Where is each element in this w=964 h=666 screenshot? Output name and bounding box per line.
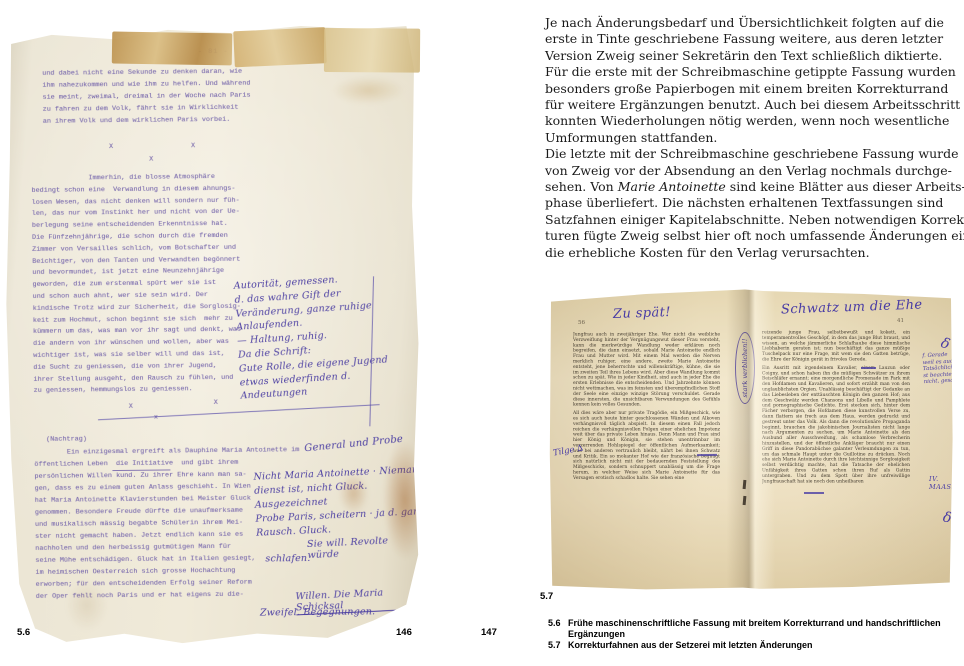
galley-right-column: reizende junge Frau, selbstbewußt und ko…	[762, 330, 910, 552]
caption-text: Korrekturfahnen aus der Setzerei mit let…	[568, 640, 813, 651]
section-mark: X	[109, 141, 113, 153]
tape-strip	[112, 31, 232, 65]
margin-note-right: f. Gerade weil es auch Tatsächlich- st b…	[922, 351, 964, 386]
body-text-italic-title: Marie Antoinette	[618, 179, 726, 194]
handwritten-line: f. Gerade	[922, 351, 964, 360]
galley-paper: 56 Zu spät! Jungfrau auch in zweijährige…	[549, 288, 953, 590]
handwritten-line: nicht, gesagt	[924, 377, 964, 386]
section-mark: X	[191, 140, 195, 152]
caption-5-7: 5.7 Korrekturfahnen aus der Setzerei mit…	[548, 640, 950, 651]
deleatur-mark: δ	[942, 509, 953, 526]
manuscript-paragraph-2: Immerhin, die blosse Atmosphäre bedingt …	[31, 172, 241, 398]
ink-strikethrough	[697, 454, 717, 457]
figure-manuscript-photo: - 81 - und dabei nicht eine Sekunde zu d…	[2, 20, 423, 646]
galley-right-paragraph-1: reizende junge Frau, selbstbewußt und ko…	[762, 330, 910, 362]
ink-strikethrough	[861, 367, 876, 369]
galley-left-chapter-title-handwritten: Zu spät!	[613, 305, 671, 322]
handwritten-note: General und Probe	[304, 434, 404, 455]
nachtrag-heading: (Nachtrag)	[46, 433, 87, 445]
handwritten-line: weil es auch	[923, 357, 964, 366]
ink-stroke	[98, 404, 380, 421]
ink-strikethrough	[804, 492, 824, 494]
galley-right-chapter-title-handwritten: Schwatz um die Ehe	[781, 298, 923, 318]
figure-label-5-6: 5.6	[17, 627, 30, 638]
handwritten-line: Tatsächlich-	[923, 364, 964, 373]
deleatur-mark: δ	[939, 335, 952, 353]
figure-galley-photo: 56 Zu spät! Jungfrau auch in zweijährige…	[549, 288, 953, 590]
handwritten-line: MAASS	[929, 484, 956, 492]
body-text-part1: Je nach Änderungsbedarf und Übersichtlic…	[545, 15, 960, 194]
section-mark: X	[214, 397, 218, 409]
stain	[338, 472, 368, 514]
book-spread: - 81 - und dabei nicht eine Sekunde zu d…	[0, 0, 964, 666]
section-mark: X	[129, 401, 133, 413]
handwritten-line: st beachten	[923, 371, 964, 380]
caption-number: 5.6	[548, 618, 568, 639]
stain	[332, 76, 404, 105]
figure-label-5-7: 5.7	[540, 591, 553, 602]
manuscript-paper: - 81 - und dabei nicht eine Sekunde zu d…	[2, 20, 423, 646]
handwritten-note-margin: Autorität, gemessen. d. das wahre Gift d…	[233, 268, 430, 404]
body-text-column: Je nach Änderungsbedarf und Übersichtlic…	[545, 15, 950, 261]
stain	[66, 579, 109, 631]
caption-number: 5.7	[548, 640, 568, 651]
margin-note-left: Tilge ∆	[552, 443, 583, 458]
handwritten-line: schlafen.	[265, 553, 310, 564]
margin-note-maass: IV. MAASS	[929, 476, 956, 491]
caption-block: 5.6 Frühe maschinenschriftliche Fassung …	[548, 618, 950, 652]
tape-strip	[324, 28, 420, 73]
galley-right-paragraph-2: Ein Ausritt mit irgendeinem Kavalier, ei…	[762, 365, 910, 484]
section-mark: X	[149, 154, 153, 166]
circled-correction-note: stark verblichen!!	[735, 332, 755, 404]
stain	[382, 440, 427, 560]
galley-left-paragraph-1: Jungfrau auch in zweijähriger Ehe. Wer n…	[573, 332, 720, 408]
circled-note-text: stark verblichen!!	[741, 339, 749, 398]
manuscript-paragraph-1: und dabei nicht eine Sekunde zu denken d…	[42, 66, 251, 128]
handwritten-line: Zweifel. Begegnungen.	[260, 606, 376, 618]
galley-right-page-number: 41	[897, 318, 904, 324]
caption-5-6: 5.6 Frühe maschinenschriftliche Fassung …	[548, 618, 950, 639]
galley-left-column: Jungfrau auch in zweijähriger Ehe. Wer n…	[573, 332, 720, 548]
folio-recto: 147	[481, 627, 497, 638]
folio-verso: 146	[396, 627, 412, 638]
tape-strip	[233, 27, 327, 67]
handwritten-line: IV.	[929, 476, 956, 484]
galley-left-paragraph-2: All dies wäre aber nur private Tragödie,…	[573, 411, 720, 481]
galley-left-page-number: 56	[578, 320, 585, 326]
staple-mark	[743, 496, 747, 505]
caption-text: Frühe maschinenschriftliche Fassung mit …	[568, 618, 950, 639]
staple-mark	[743, 480, 747, 489]
